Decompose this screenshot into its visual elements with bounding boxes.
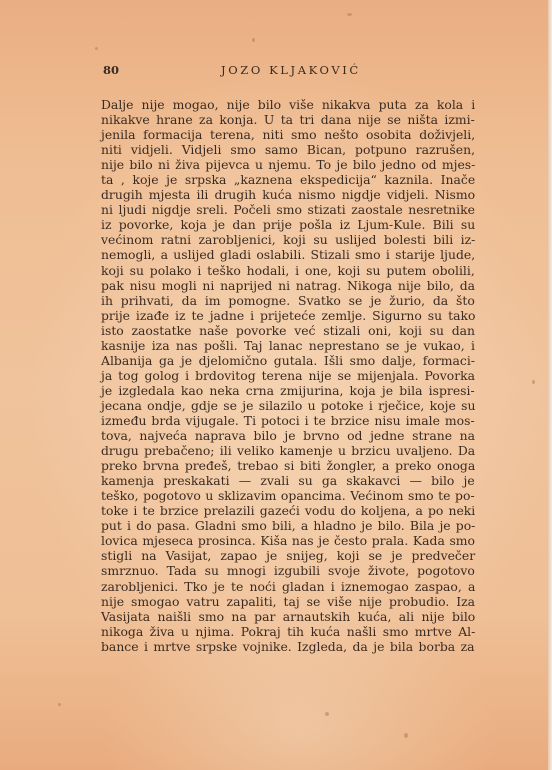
text-line: Dalje nije mogao, nije bilo više nikakva… (101, 97, 475, 112)
text-line: nije bilo ni živa pijevca u njemu. To je… (101, 157, 475, 172)
paper-stain (58, 703, 61, 706)
text-line: nemogli, a uslijed gladi oslabili. Stiza… (101, 247, 475, 262)
text-line: ih prihvati, da im pomogne. Svatko se je… (101, 293, 475, 308)
text-line: kasnije iza nas pošli. Taj lanac neprest… (101, 338, 475, 353)
text-line: Vasijata naišli smo na par arnautskih ku… (101, 609, 475, 624)
text-line: drugih mjesta ili drugih kuća nismo nigd… (101, 187, 475, 202)
text-line: teško, pogotovo u sklizavim opancima. Ve… (101, 488, 475, 503)
text-line: nikoga živa u njima. Pokraj tih kuća naš… (101, 624, 475, 639)
text-line: jenila formacija terena, niti smo nešto … (101, 127, 475, 142)
page-edge (548, 0, 552, 770)
running-head: 80 JOZO KLJAKOVIĆ (103, 61, 458, 81)
running-title: JOZO KLJAKOVIĆ (221, 63, 361, 77)
text-line: prije izađe iz te jadne i prijeteće zeml… (101, 308, 475, 323)
page-number: 80 (103, 63, 119, 77)
text-line: tova, najveća naprava bilo je brvno od j… (101, 428, 475, 443)
text-line: pak nisu mogli ni naprijed ni natrag. Ni… (101, 278, 475, 293)
text-line: smrznuo. Tada su mnogi izgubili svoje ži… (101, 563, 475, 578)
paper-stain (404, 733, 408, 738)
text-line: put i do pasa. Gladni smo bili, a hladno… (101, 518, 475, 533)
paper-stain (95, 47, 98, 50)
text-line: kamenja preskakati — zvali su ga skakavc… (101, 473, 475, 488)
text-line: iz povorke, koja je dan prije pošla iz L… (101, 217, 475, 232)
text-line: između brda vijugale. Ti potoci i te brz… (101, 413, 475, 428)
text-line: toke i te brzice prelazili gazeći vodu d… (101, 503, 475, 518)
text-line: Albanija ga je djelomično gutala. Išli s… (101, 353, 475, 368)
text-line: ja tog golog i brdovitog terena nije se … (101, 368, 475, 383)
text-line: stigli na Vasijat, zapao je snijeg, koji… (101, 548, 475, 563)
text-line: nije smogao vatru zapaliti, taj se više … (101, 594, 475, 609)
text-line: ni ljudi nigdje sreli. Počeli smo stizat… (101, 202, 475, 217)
paper-stain (347, 13, 352, 16)
text-line: koji su polako i teško hodali, i one, ko… (101, 263, 475, 278)
text-line: drugu prebačeno; ili veliko kamenje u br… (101, 443, 475, 458)
text-line: je izgledala kao neka crna zmijurina, ko… (101, 383, 475, 398)
body-text: Dalje nije mogao, nije bilo više nikakva… (101, 97, 475, 654)
paper-stain (325, 712, 329, 716)
text-line: isto zaostatke naše povorke već stizali … (101, 323, 475, 338)
paper-stain (532, 380, 535, 384)
text-line: većinom ratni zarobljenici, koji su usli… (101, 232, 475, 247)
text-line: bance i mrtve srpske vojnike. Izgleda, d… (101, 639, 475, 654)
text-line: jecana ondje, gdje se je silazilo u poto… (101, 398, 475, 413)
paper-stain (252, 38, 255, 42)
text-line: lovica mjeseca prosinca. Kiša nas je čes… (101, 533, 475, 548)
text-line: niti vidjeli. Vidjeli smo samo Bican, po… (101, 142, 475, 157)
text-line: nikakve hrane za konja. U ta tri dana ni… (101, 112, 475, 127)
text-line: ta , koje je srpska „kaznena ekspedicija… (101, 172, 475, 187)
text-line: zarobljenici. Tko je te noći gladan i iz… (101, 579, 475, 594)
text-line: preko brvna pređeš, trebao si biti žongl… (101, 458, 475, 473)
